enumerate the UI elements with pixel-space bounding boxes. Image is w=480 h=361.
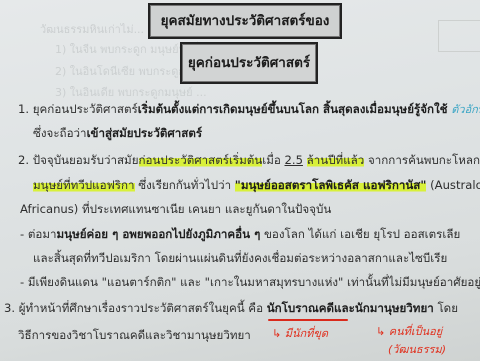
item-text: Africanus) ที่ประเทศแทนซาเนีย เคนยา และย… [20,202,331,216]
item-1-line-2: ซึ่งจะถือว่าเข้าสู่สมัยประวัติศาสตร์ [33,125,202,143]
item-2-line-3: Africanus) ที่ประเทศแทนซาเนีย เคนยา และย… [20,201,331,219]
item-2-line-2: มนุษย์ที่ทวีปแอฟริกา ซึ่งเรียกกันทั่วไปว… [33,177,480,195]
highlighted-text: ล้านปีที่แล้ว [307,153,365,167]
bullet-text: ของโลก ได้แก่ เอเชีย ยุโรป ออสเตรเลีย [264,227,460,241]
item-3-line-1: 3. ผู้ทำหน้าที่ศึกษาเรื่องราวประวัติศาสต… [4,300,458,318]
item-text: ซึ่งจะถือว่า [33,126,87,140]
item-text-bold: เริ่มต้นตั้งแต่การเกิดมนุษย์ขึ้นบนโลก สิ… [138,102,448,116]
item-2-bullet-2: - มีเพียงดินแดน "แอนตาร์กติก" และ "เกาะใ… [20,274,480,292]
bullet-text-bold: มนุษย์ค่อย ๆ อพยพออกไปยังภูมิภาคอื่น ๆ [57,227,261,241]
item-text: จากการค้นพบกะโหลกศีรษะ [368,153,480,167]
item-text: วิธีการของวิชาโบราณคดีและวิชามานุษยวิทยา [18,328,251,342]
handwritten-note-right-1: ↳ คนที่เป็นอยู่ [376,322,442,340]
item-number: 1. [18,102,29,116]
number-value: 2.5 [285,153,303,167]
item-text: เมื่อ [262,153,281,167]
item-text-bold: และนักมานุษยวิทยา [334,301,434,315]
item-2-bullet-1-line-2: และสิ้นสุดที่ทวีปอเมริกา โดยผ่านแผ่นดินท… [33,250,447,268]
bullet-text: - ต่อมา [20,227,57,241]
bleed-through-text: 3) ในอินเดีย พบกระดูกมนุษย์ ... [55,83,207,101]
item-text: ซึ่งเรียกกันทั่วไปว่า [138,178,231,192]
bleed-through-text: 2) ในอินโดนีเซีย พบกระดูก... [55,62,196,80]
item-1-line-1: 1. ยุคก่อนประวัติศาสตร์เริ่มต้นตั้งแต่กา… [18,100,480,119]
item-3-line-2: วิธีการของวิชาโบราณคดีและวิชามานุษยวิทยา [18,327,251,345]
subheader-box: ยุคก่อนประวัติศาสตร์ [180,42,318,84]
item-text: โดย [437,301,458,315]
item-text-bold: เข้าสู่สมัยประวัติศาสตร์ [87,126,203,140]
header-box: ยุคสมัยทางประวัติศาสตร์ของโลก [148,3,342,39]
item-text: (Australopithecus [430,178,480,192]
handwritten-answer: ตัวอักษร [451,103,480,116]
bullet-text: และสิ้นสุดที่ทวีปอเมริกา โดยผ่านแผ่นดินท… [33,251,447,265]
item-text: ยุคก่อนประวัติศาสตร์ [33,102,138,116]
item-number: 2. [18,153,29,167]
item-text: ผู้ทำหน้าที่ศึกษาเรื่องราวประวัติศาสตร์ใ… [19,301,263,315]
red-pen-underline [268,319,348,321]
handwritten-note-left: ↳ มีนักที่ขุด [272,324,328,342]
item-2-line-1: 2. ปัจจุบันยอมรับว่าสมัยก่อนประวัติศาสตร… [18,152,480,170]
item-text: ปัจจุบันยอมรับว่าสมัย [33,153,139,167]
item-number: 3. [4,301,15,315]
bleed-through-text: วัฒนธรรมหินเก่าไม่... [40,20,144,38]
highlighted-text: ก่อนประวัติศาสตร์เริ่มต้น [139,153,263,167]
handwritten-note-right-2: (วัฒนธรรม) [388,340,446,358]
item-2-bullet-1-line-1: - ต่อมามนุษย์ค่อย ๆ อพยพออกไปยังภูมิภาคอ… [20,226,460,244]
bullet-text: - มีเพียงดินแดน "แอนตาร์กติก" และ "เกาะใ… [20,275,480,289]
highlighted-bold-text: "มนุษย์ออสตราโลพิเธคัส แอฟริกานัส" [235,178,427,192]
bleed-through-box [438,20,480,52]
highlighted-text: มนุษย์ที่ทวีปแอฟริกา [33,178,135,192]
item-text-bold: นักโบราณคดี [267,301,334,315]
